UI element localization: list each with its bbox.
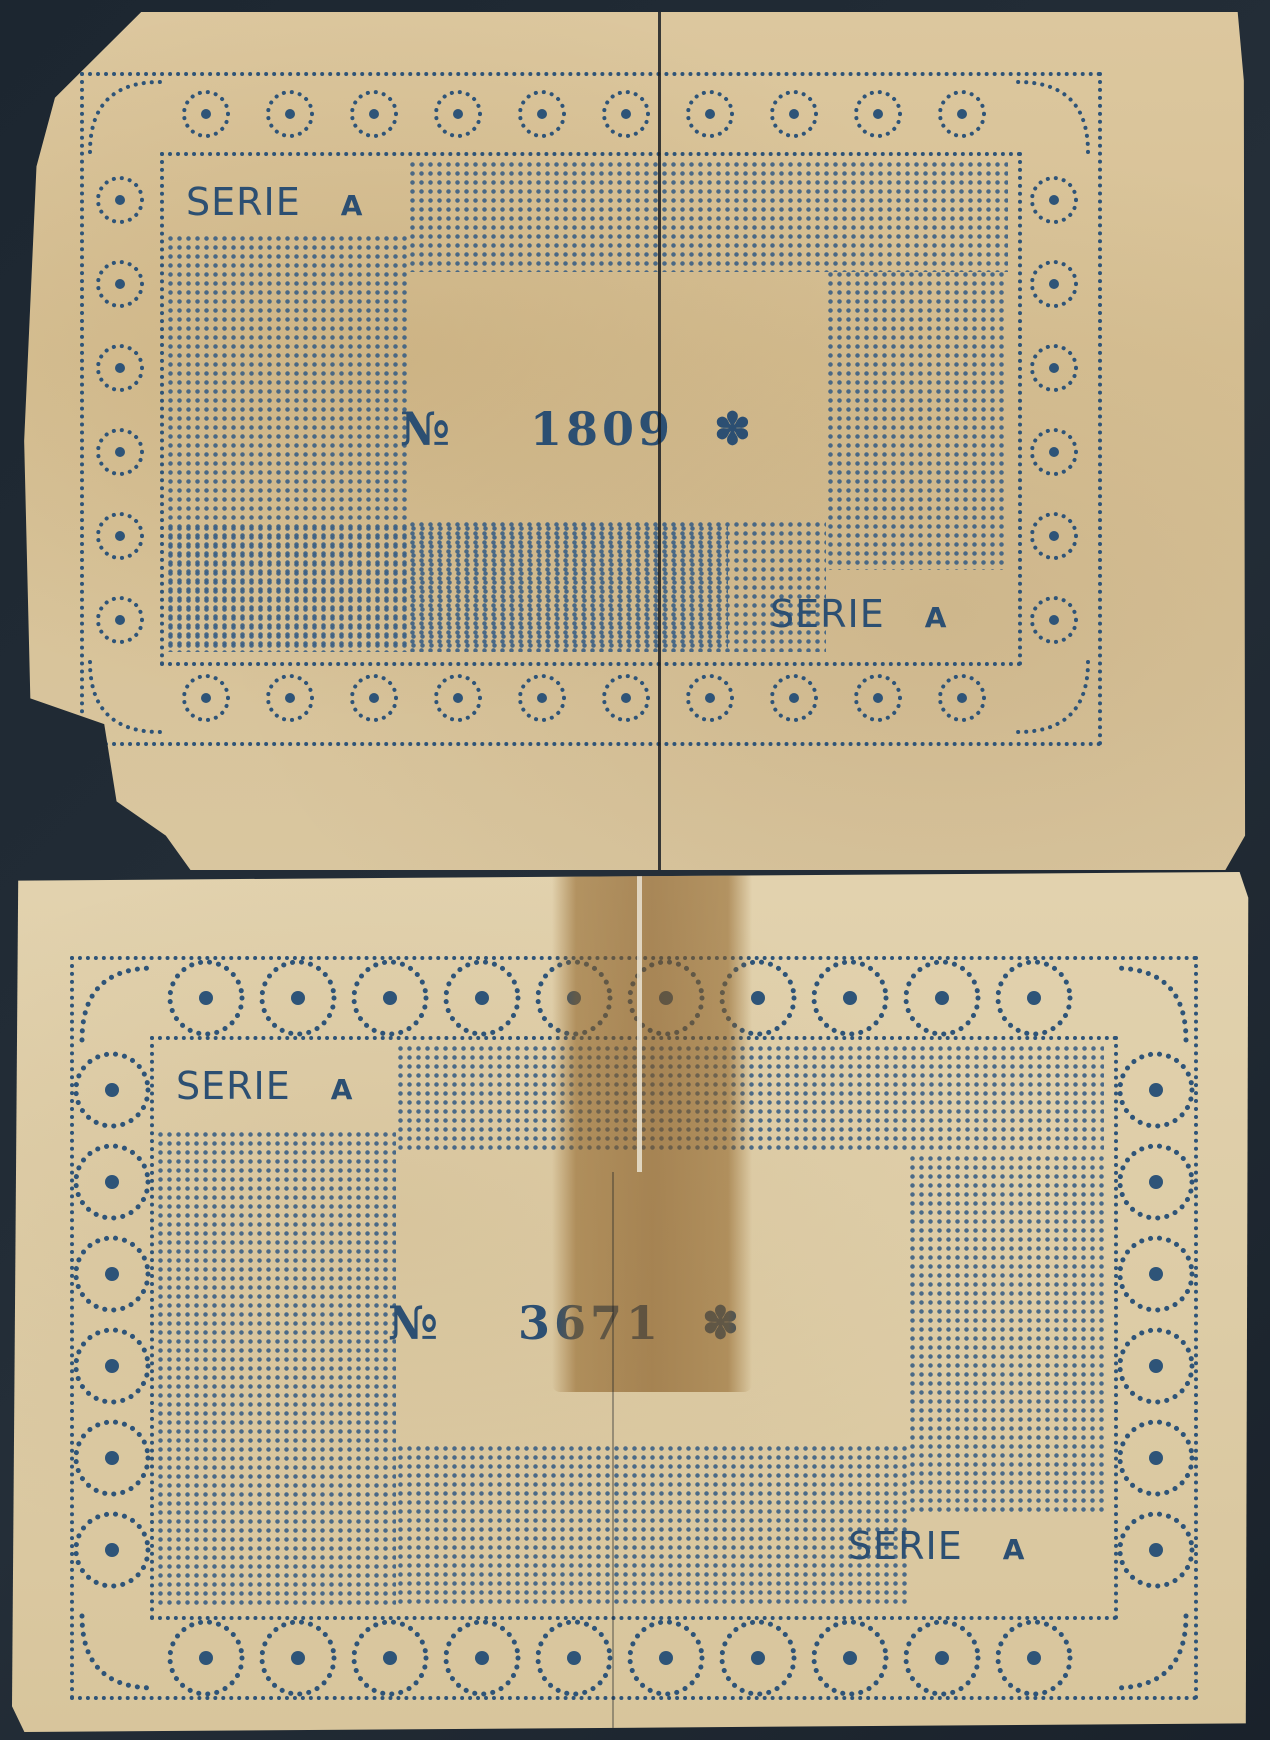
banknote-bottom: SERIE A № 3671 ✽ SERIE A	[12, 872, 1252, 1732]
serie-word: SERIE	[770, 592, 885, 636]
serie-label-top-left: SERIE A	[186, 180, 363, 224]
dot-pattern-field	[408, 160, 1008, 272]
numero-sign: №	[400, 402, 450, 456]
serie-letter: A	[1003, 1533, 1026, 1566]
serie-letter: A	[341, 189, 364, 222]
serie-letter: A	[331, 1073, 354, 1106]
rosette-ornament-icon: ✽	[714, 404, 751, 455]
dot-pattern-field	[156, 1130, 396, 1606]
dot-pattern-field	[396, 1444, 908, 1606]
serie-label-bottom-right: SERIE A	[848, 1524, 1025, 1568]
tear-line	[637, 872, 642, 1172]
dot-pattern-field	[908, 1154, 1104, 1514]
fold-crease	[612, 1172, 614, 1732]
fold-crease	[658, 12, 661, 870]
dot-pattern-field	[826, 270, 1008, 570]
tape-stain	[552, 872, 752, 1392]
serie-letter: A	[925, 601, 948, 634]
dot-pattern-field	[166, 524, 728, 652]
numero-sign: №	[388, 1296, 438, 1350]
serial-number-line: № 1809 ✽	[400, 402, 751, 456]
serial-number: 1809	[530, 402, 674, 456]
serie-word: SERIE	[176, 1064, 291, 1108]
serie-word: SERIE	[186, 180, 301, 224]
serie-label-top-left: SERIE A	[176, 1064, 353, 1108]
banknote-top: SERIE A № 1809 ✽ SERIE A	[18, 12, 1250, 870]
serie-word: SERIE	[848, 1524, 963, 1568]
serie-label-bottom-right: SERIE A	[770, 592, 947, 636]
